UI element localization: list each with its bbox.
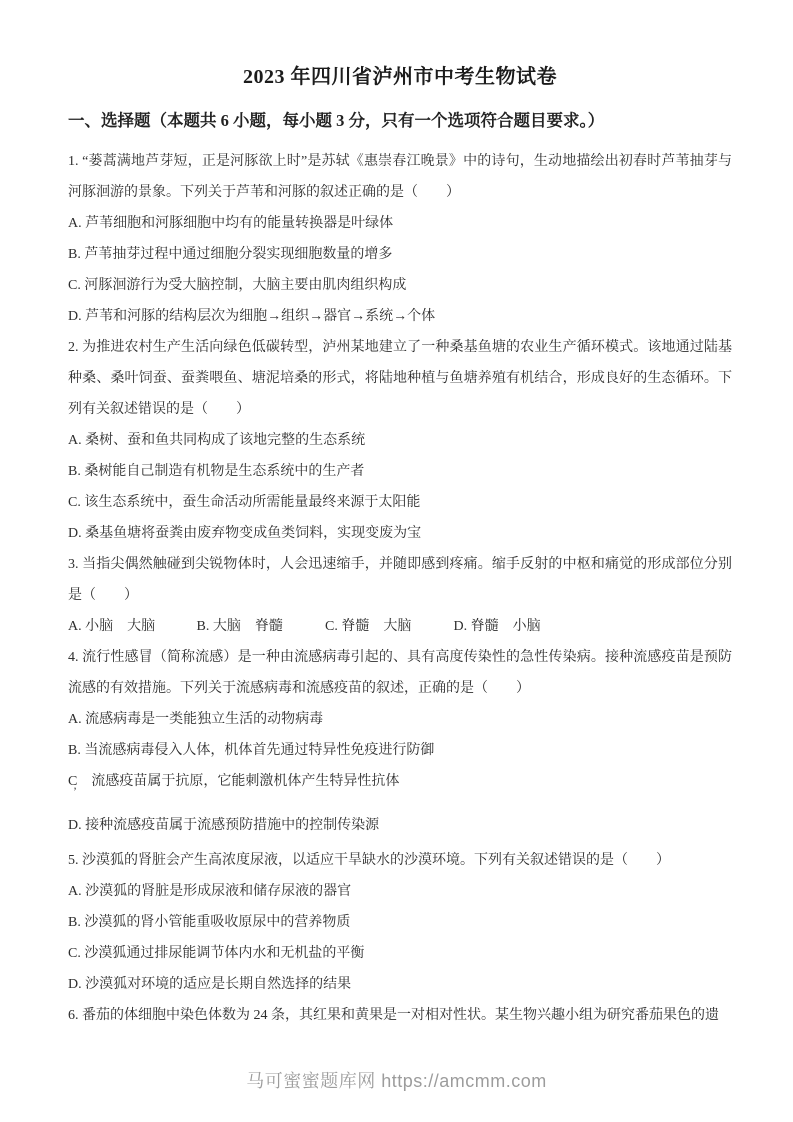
question-5-option-c: C. 沙漠狐通过排尿能调节体内水和无机盐的平衡 — [68, 938, 732, 969]
question-2-option-b: B. 桑树能自己制造有机物是生态系统中的生产者 — [68, 456, 732, 487]
question-1-option-b: B. 芦苇抽芽过程中通过细胞分裂实现细胞数量的增多 — [68, 239, 732, 270]
question-2-option-c: C. 该生态系统中，蚕生命活动所需能量最终来源于太阳能 — [68, 487, 732, 518]
section-heading: 一、选择题（本题共 6 小题，每小题 3 分，只有一个选项符合题目要求。） — [68, 107, 732, 134]
question-3-options-row: A. 小脑 大脑 B. 大脑 脊髓 C. 脊髓 大脑 D. 脊髓 小脑 — [68, 611, 732, 642]
question-1-stem: 1. “蒌蒿满地芦芽短，正是河豚欲上时”是苏轼《惠崇春江晚景》中的诗句，生动地描… — [68, 146, 732, 208]
watermark-footer: 马可蜜蜜题库网 https://amcmm.com — [0, 1068, 793, 1094]
question-4-option-d: D. 接种流感疫苗属于流感预防措施中的控制传染源 — [68, 810, 732, 841]
question-3-option-d: D. 脊髓 小脑 — [454, 611, 541, 642]
question-2-option-a: A. 桑树、蚕和鱼共同构成了该地完整的生态系统 — [68, 425, 732, 456]
question-1: 1. “蒌蒿满地芦芽短，正是河豚欲上时”是苏轼《惠崇春江晚景》中的诗句，生动地描… — [68, 146, 732, 332]
question-2-stem: 2. 为推进农村生产生活向绿色低碳转型，泸州某地建立了一种桑基鱼塘的农业生产循环… — [68, 332, 732, 425]
question-6-stem: 6. 番茄的体细胞中染色体数为 24 条，其红果和黄果是一对相对性状。某生物兴趣… — [68, 1000, 732, 1031]
question-5-stem: 5. 沙漠狐的肾脏会产生高浓度尿液，以适应干旱缺水的沙漠环境。下列有关叙述错误的… — [68, 845, 732, 876]
question-4-option-b: B. 当流感病毒侵入人体，机体首先通过特异性免疫进行防御 — [68, 735, 732, 766]
question-5: 5. 沙漠狐的肾脏会产生高浓度尿液，以适应干旱缺水的沙漠环境。下列有关叙述错误的… — [68, 845, 732, 1000]
question-2: 2. 为推进农村生产生活向绿色低碳转型，泸州某地建立了一种桑基鱼塘的农业生产循环… — [68, 332, 732, 549]
exam-page: 2023 年四川省泸州市中考生物试卷 一、选择题（本题共 6 小题，每小题 3 … — [0, 0, 793, 1122]
question-3-option-b: B. 大脑 脊髓 — [197, 611, 322, 642]
question-5-option-b: B. 沙漠狐的肾小管能重吸收原尿中的营养物质 — [68, 907, 732, 938]
question-1-option-a: A. 芦苇细胞和河豚细胞中均有的能量转换器是叶绿体 — [68, 208, 732, 239]
exam-content: 2023 年四川省泸州市中考生物试卷 一、选择题（本题共 6 小题，每小题 3 … — [68, 0, 732, 1031]
question-5-option-a: A. 沙漠狐的肾脏是形成尿液和储存尿液的器官 — [68, 876, 732, 907]
question-2-option-d: D. 桑基鱼塘将蚕粪由废弃物变成鱼类饲料，实现变废为宝 — [68, 518, 732, 549]
question-1-option-d: D. 芦苇和河豚的结构层次为细胞→组织→器官→系统→个体 — [68, 301, 732, 332]
question-3-stem: 3. 当指尖偶然触碰到尖锐物体时，人会迅速缩手，并随即感到疼痛。缩手反射的中枢和… — [68, 549, 732, 611]
question-1-option-c: C. 河豚洄游行为受大脑控制，大脑主要由肌肉组织构成 — [68, 270, 732, 301]
question-4-option-a: A. 流感病毒是一类能独立生活的动物病毒 — [68, 704, 732, 735]
question-5-option-d: D. 沙漠狐对环境的适应是长期自然选择的结果 — [68, 969, 732, 1000]
page-title: 2023 年四川省泸州市中考生物试卷 — [68, 62, 732, 92]
question-4: 4. 流行性感冒（简称流感）是一种由流感病毒引起的、具有高度传染性的急性传染病。… — [68, 642, 732, 841]
question-3: 3. 当指尖偶然触碰到尖锐物体时，人会迅速缩手，并随即感到疼痛。缩手反射的中枢和… — [68, 549, 732, 642]
question-6: 6. 番茄的体细胞中染色体数为 24 条，其红果和黄果是一对相对性状。某生物兴趣… — [68, 1000, 732, 1031]
question-3-option-a: A. 小脑 大脑 — [68, 611, 193, 642]
question-3-option-c: C. 脊髓 大脑 — [325, 611, 450, 642]
question-4-stem: 4. 流行性感冒（简称流感）是一种由流感病毒引起的、具有高度传染性的急性传染病。… — [68, 642, 732, 704]
stray-mark: ’ — [73, 784, 77, 799]
question-4-option-c: C 流感疫苗属于抗原，它能刺激机体产生特异性抗体 — [68, 766, 732, 797]
